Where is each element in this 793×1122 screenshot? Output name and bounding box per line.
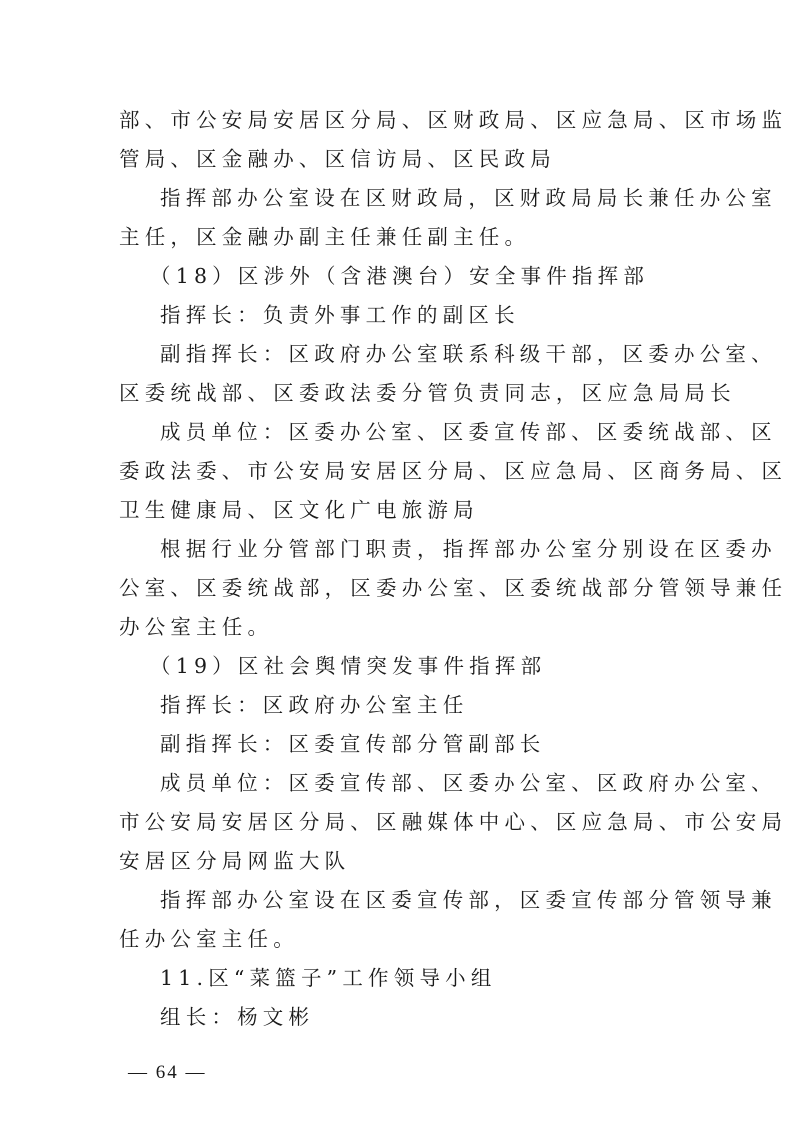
text-line: 成员单位：区委办公室、区委宣传部、区委统战部、区 xyxy=(160,419,720,445)
text-line: 主任，区金融办副主任兼任副主任。 xyxy=(119,224,679,250)
page-number: — 64 — xyxy=(128,1060,207,1086)
text-line: 副指挥长：区政府办公室联系科级干部，区委办公室、 xyxy=(160,341,720,367)
text-line: 指挥部办公室设在区财政局，区财政局局长兼任办公室 xyxy=(160,185,720,211)
text-line: 办公室主任。 xyxy=(119,614,679,640)
text-line: 卫生健康局、区文化广电旅游局 xyxy=(119,497,679,523)
text-line: 委政法委、市公安局安居区分局、区应急局、区商务局、区 xyxy=(119,458,679,484)
text-line: 成员单位：区委宣传部、区委办公室、区政府办公室、 xyxy=(160,770,720,796)
text-line: 安居区分局网监大队 xyxy=(119,848,679,874)
text-line: 组长：杨文彬 xyxy=(160,1004,720,1030)
text-line: 11.区“菜篮子”工作领导小组 xyxy=(160,965,720,991)
text-line: 指挥长：负责外事工作的副区长 xyxy=(160,302,720,328)
text-line: 部、市公安局安居区分局、区财政局、区应急局、区市场监 xyxy=(119,107,679,133)
text-line: 市公安局安居区分局、区融媒体中心、区应急局、市公安局 xyxy=(119,809,679,835)
text-line: 管局、区金融办、区信访局、区民政局 xyxy=(119,146,679,172)
document-page: 部、市公安局安居区分局、区财政局、区应急局、区市场监管局、区金融办、区信访局、区… xyxy=(0,0,793,1122)
text-line: 公室、区委统战部，区委办公室、区委统战部分管领导兼任 xyxy=(119,575,679,601)
text-line: 指挥长：区政府办公室主任 xyxy=(160,692,720,718)
text-line: （19）区社会舆情突发事件指挥部 xyxy=(150,653,710,679)
text-line: 任办公室主任。 xyxy=(119,926,679,952)
text-line: 区委统战部、区委政法委分管负责同志，区应急局局长 xyxy=(119,380,679,406)
text-line: 根据行业分管部门职责，指挥部办公室分别设在区委办 xyxy=(160,536,720,562)
text-line: 指挥部办公室设在区委宣传部，区委宣传部分管领导兼 xyxy=(160,887,720,913)
text-line: 副指挥长：区委宣传部分管副部长 xyxy=(160,731,720,757)
text-line: （18）区涉外（含港澳台）安全事件指挥部 xyxy=(150,263,710,289)
